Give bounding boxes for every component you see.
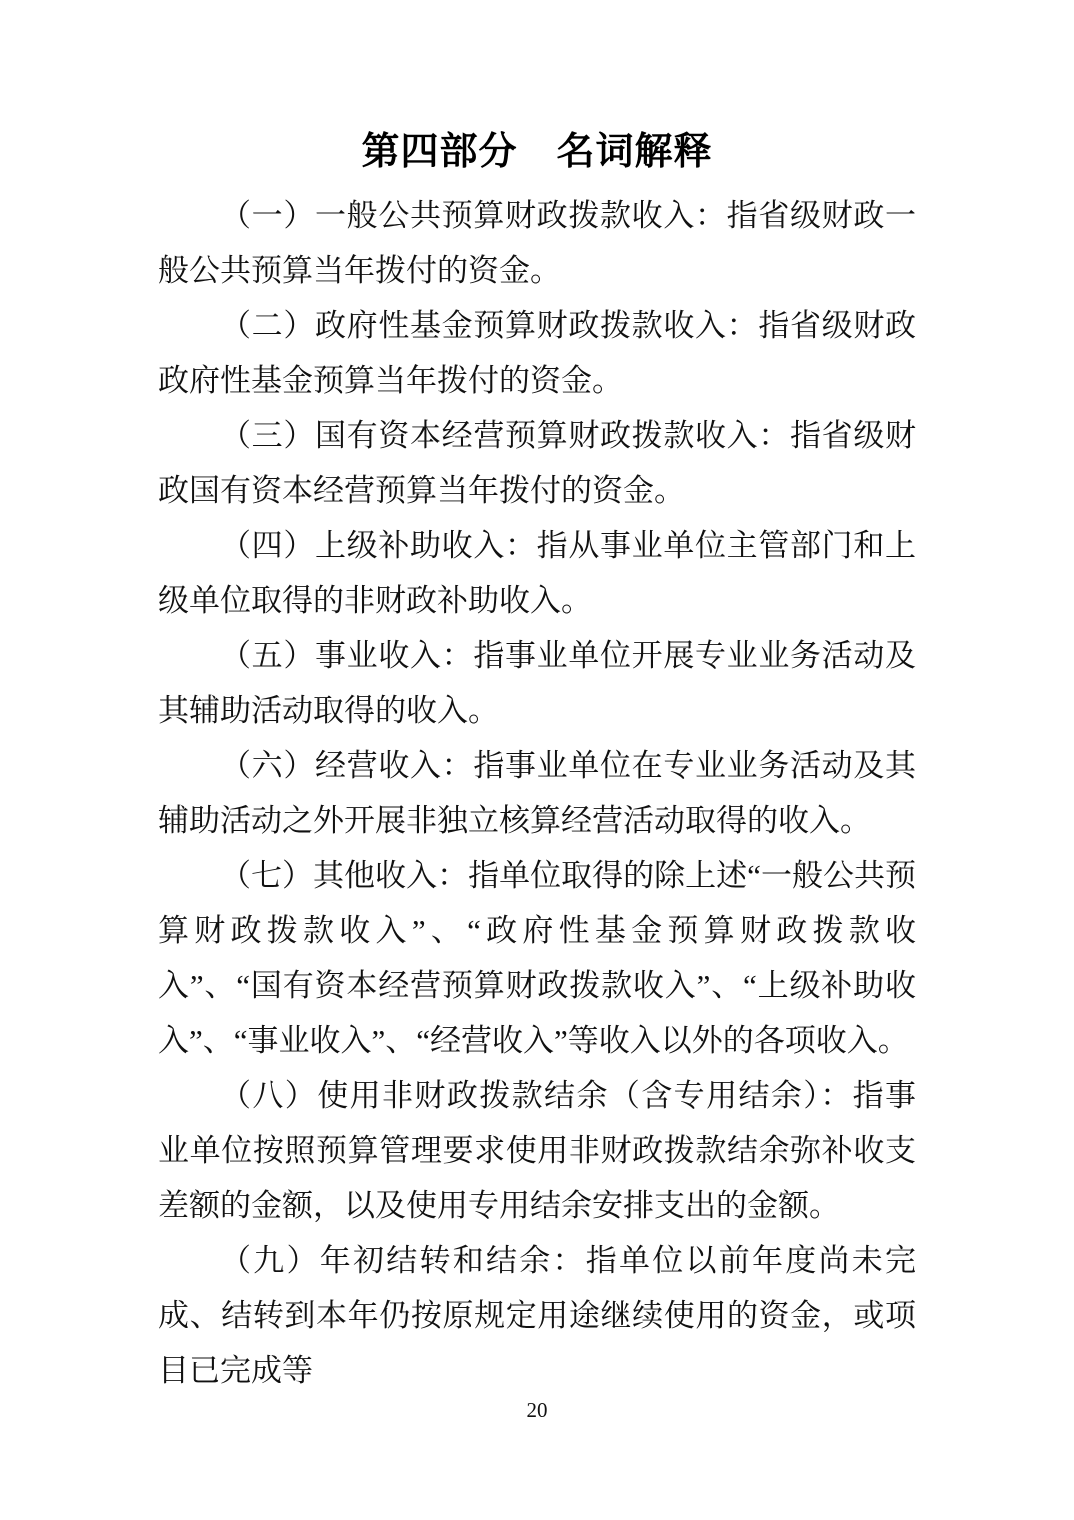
- paragraph-definition-7: （七）其他收入：指单位取得的除上述“一般公共预算财政拨款收入”、“政府性基金预算…: [158, 848, 916, 1068]
- paragraph-definition-3: （三）国有资本经营预算财政拨款收入：指省级财政国有资本经营预算当年拨付的资金。: [158, 408, 916, 518]
- document-page: 第四部分 名词解释 （一）一般公共预算财政拨款收入：指省级财政一般公共预算当年拨…: [0, 0, 1074, 1520]
- paragraph-definition-9: （九）年初结转和结余：指单位以前年度尚未完成、结转到本年仍按原规定用途继续使用的…: [158, 1233, 916, 1398]
- paragraph-definition-4: （四）上级补助收入：指从事业单位主管部门和上级单位取得的非财政补助收入。: [158, 518, 916, 628]
- paragraph-definition-1: （一）一般公共预算财政拨款收入：指省级财政一般公共预算当年拨付的资金。: [158, 188, 916, 298]
- paragraph-definition-2: （二）政府性基金预算财政拨款收入：指省级财政政府性基金预算当年拨付的资金。: [158, 298, 916, 408]
- page-number: 20: [0, 1398, 1074, 1423]
- page-title: 第四部分 名词解释: [158, 126, 916, 178]
- paragraph-definition-5: （五）事业收入：指事业单位开展专业业务活动及其辅助活动取得的收入。: [158, 628, 916, 738]
- document-body: 第四部分 名词解释 （一）一般公共预算财政拨款收入：指省级财政一般公共预算当年拨…: [158, 126, 916, 1398]
- paragraph-definition-8: （八）使用非财政拨款结余（含专用结余）：指事业单位按照预算管理要求使用非财政拨款…: [158, 1068, 916, 1233]
- paragraph-definition-6: （六）经营收入：指事业单位在专业业务活动及其辅助活动之外开展非独立核算经营活动取…: [158, 738, 916, 848]
